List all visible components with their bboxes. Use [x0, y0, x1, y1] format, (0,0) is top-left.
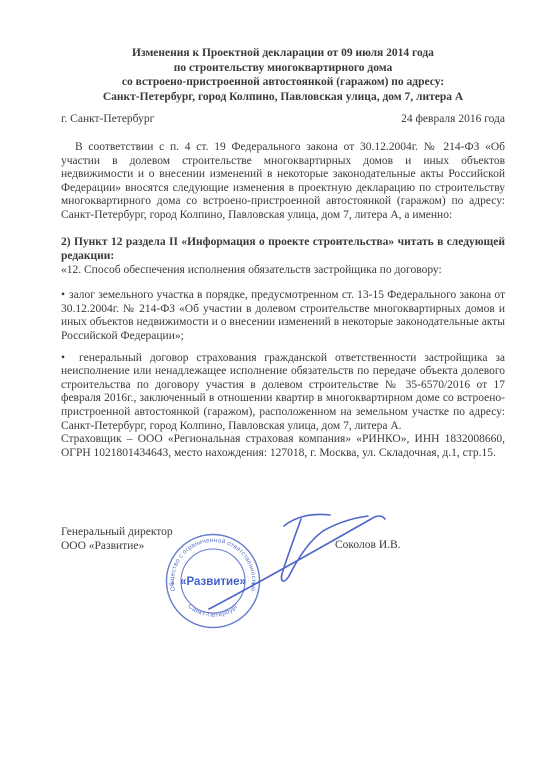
section-2-heading: 2) Пункт 12 раздела II «Информация о про… — [61, 235, 505, 263]
bullet-item-insurance: •генеральный договор страхования граждан… — [61, 352, 505, 434]
signatory-company-line: ООО «Развитие» — [61, 540, 173, 554]
title-line: Изменения к Проектной декларации от 09 и… — [61, 46, 505, 61]
document-content: Изменения к Проектной декларации от 09 и… — [61, 46, 505, 460]
insurer-paragraph: Страховщик – ООО «Региональная страховая… — [61, 433, 505, 460]
bullet-marker: • — [61, 352, 79, 364]
title-line: по строительству многоквартирного дома — [61, 61, 505, 76]
signature-block: Генеральный директор ООО «Развитие» Соко… — [61, 526, 505, 696]
section-2-intro: «12. Способ обеспечения исполнения обяза… — [61, 264, 505, 278]
place-label: г. Санкт-Петербург — [61, 112, 154, 126]
intro-paragraph: В соответствии с п. 4 ст. 19 Федеральног… — [61, 141, 505, 223]
stamp-star-left-icon: * — [170, 580, 175, 590]
place-date-row: г. Санкт-Петербург 24 февраля 2016 года — [61, 112, 505, 126]
signatory-role-line: Генеральный директор — [61, 526, 173, 540]
bullet-text: залог земельного участка в порядке, пред… — [61, 289, 505, 342]
bullet-text: генеральный договор страхования гражданс… — [61, 352, 505, 432]
document-page: Изменения к Проектной декларации от 09 и… — [0, 0, 539, 768]
signatory-role: Генеральный директор ООО «Развитие» — [61, 526, 173, 553]
date-label: 24 февраля 2016 года — [401, 112, 505, 126]
bullet-marker: • — [61, 289, 69, 301]
signature-scribble — [201, 512, 441, 622]
bullet-item-pledge: •залог земельного участка в порядке, пре… — [61, 289, 505, 343]
signature-stroke-loop — [281, 516, 368, 581]
document-title: Изменения к Проектной декларации от 09 и… — [61, 46, 505, 104]
title-line: Санкт-Петербург, город Колпино, Павловск… — [61, 90, 505, 105]
title-line: со встроено-пристроенной автостоянкой (г… — [61, 75, 505, 90]
signature-stroke-flourish — [284, 514, 330, 526]
